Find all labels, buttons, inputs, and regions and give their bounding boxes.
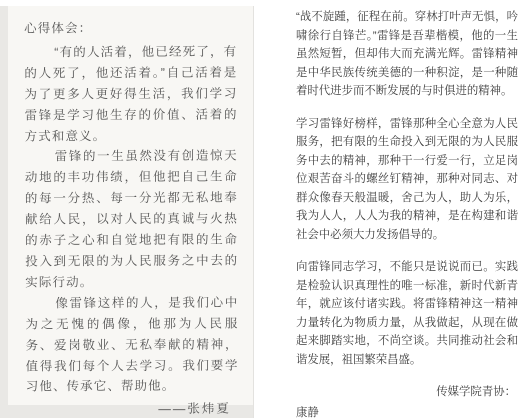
note-title: 心得体会： xyxy=(24,18,237,40)
note-signature: ——张炜夏 xyxy=(26,399,239,418)
typed-reflection: “战不旋踵，征程在前。穿林打叶声无惧，吟啸徐行自锋芒。”雷锋是吾辈楷模，他的一生… xyxy=(296,8,518,418)
byline-name: 康静 xyxy=(296,404,518,418)
article-paragraph-1: “战不旋踵，征程在前。穿林打叶声无惧，吟啸徐行自锋芒。”雷锋是吾辈楷模，他的一生… xyxy=(296,8,518,101)
article-page: 心得体会： “有的人活着，他已经死了，有的人死了，他还活着。”自己活着是为了更多… xyxy=(0,0,530,418)
article-paragraph-2: 学习雷锋好榜样，雷锋那种全心全意为人民服务，把有限的生命投入到无限的为人民服务中… xyxy=(296,115,518,245)
byline-organization: 传媒学院青协： xyxy=(296,383,518,402)
handwritten-note-photo: 心得体会： “有的人活着，他已经死了，有的人死了，他还活着。”自己活着是为了更多… xyxy=(0,6,254,418)
note-paragraph-3: 像雷锋这样的人，是我们心中为之无愧的偶像，他那为人民服务、爱岗敬业、无私奉献的精… xyxy=(25,292,238,397)
article-paragraph-3: 向雷锋同志学习，不能只是说说而已。实践是检验认识真理性的唯一标准，新时代新青年，… xyxy=(296,258,518,369)
handwritten-note: 心得体会： “有的人活着，他已经死了，有的人死了，他还活着。”自己活着是为了更多… xyxy=(24,18,239,418)
note-paragraph-2: 雷锋的一生虽然没有创造惊天动地的丰功伟绩，但他把自己生命的每一分热、每一分光都无… xyxy=(25,146,239,293)
photo-left-edge xyxy=(0,6,8,418)
note-paragraph-1: “有的人活着，他已经死了，有的人死了，他还活着。”自己活着是为了更多人更好得生活… xyxy=(24,41,237,146)
